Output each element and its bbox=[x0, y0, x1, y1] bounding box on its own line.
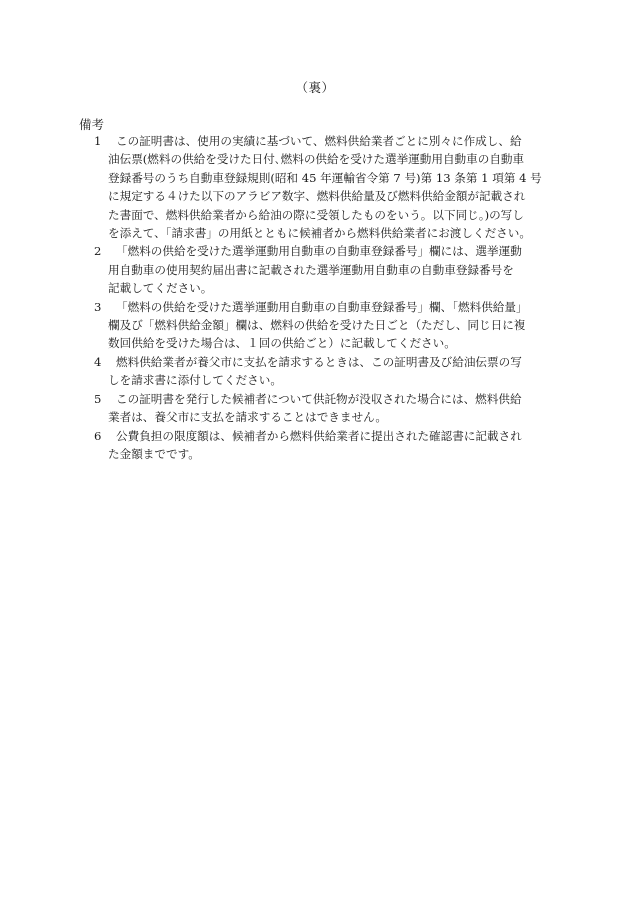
remark-text: 記載してください。 bbox=[102, 279, 556, 297]
remark-text: た書面で、燃料供給業者から給油の際に受領したものをいう。以下同じ。)の写し bbox=[102, 206, 556, 224]
remark-number: 5 bbox=[94, 390, 116, 408]
remark-item-2: 2「燃料の供給を受けた選挙運動用自動車の自動車登録番号」欄には、選挙運動 用自動… bbox=[94, 242, 556, 297]
remark-text: を添えて、「請求書」の用紙とともに候補者から燃料供給業者にお渡しください。 bbox=[102, 224, 556, 242]
remark-text: に規定する４けた以下のアラビア数字、燃料供給量及び燃料供給金額が記載され bbox=[102, 187, 556, 205]
remark-text: 登録番号のうち自動車登録規則(昭和 45 年運輸省令第 7 号)第 13 条第 … bbox=[102, 169, 556, 187]
remark-number: 3 bbox=[94, 298, 116, 316]
remark-text: 公費負担の限度額は、候補者から燃料供給業者に提出された確認書に記載され bbox=[116, 429, 522, 443]
remark-item-5: 5この証明書を発行した候補者について供託物が没収された場合には、燃料供給 業者は… bbox=[94, 390, 556, 427]
remarks-list: 1この証明書は、使用の実績に基づいて、燃料供給業者ごとに別々に作成し、給 油伝票… bbox=[94, 132, 556, 463]
remark-text: 燃料供給業者が養父市に支払を請求するときは、この証明書及び給油伝票の写 bbox=[116, 355, 522, 369]
remark-text: 油伝票(燃料の供給を受けた日付､燃料の供給を受けた選挙運動用自動車の自動車 bbox=[102, 150, 556, 168]
remark-number: 1 bbox=[94, 132, 116, 150]
remark-text: 業者は、養父市に支払を請求することはできません。 bbox=[102, 408, 556, 426]
remark-number: 6 bbox=[94, 427, 116, 445]
remark-item-1: 1この証明書は、使用の実績に基づいて、燃料供給業者ごとに別々に作成し、給 油伝票… bbox=[94, 132, 556, 242]
remark-item-4: 4燃料供給業者が養父市に支払を請求するときは、この証明書及び給油伝票の写 しを請… bbox=[94, 353, 556, 390]
remark-text: この証明書は、使用の実績に基づいて、燃料供給業者ごとに別々に作成し、給 bbox=[116, 134, 522, 148]
remark-item-3: 3「燃料の供給を受けた選挙運動用自動車の自動車登録番号」欄、「燃料供給量」 欄及… bbox=[94, 298, 556, 353]
remark-text: 欄及び「燃料供給金額」欄は、燃料の供給を受けた日ごと（ただし、同じ日に複 bbox=[102, 316, 556, 334]
remark-text: しを請求書に添付してください。 bbox=[102, 371, 556, 389]
remark-text: この証明書を発行した候補者について供託物が没収された場合には、燃料供給 bbox=[116, 392, 522, 406]
remark-item-6: 6公費負担の限度額は、候補者から燃料供給業者に提出された確認書に記載され た金額… bbox=[94, 427, 556, 464]
page-title: （裏） bbox=[0, 78, 630, 96]
remark-text: 数回供給を受けた場合は、１回の供給ごと）に記載してください。 bbox=[102, 334, 556, 352]
remark-text: 「燃料の供給を受けた選挙運動用自動車の自動車登録番号」欄、「燃料供給量」 bbox=[116, 300, 528, 314]
remark-text: た金額までです。 bbox=[102, 445, 556, 463]
document-page: （裏） 備考 1この証明書は、使用の実績に基づいて、燃料供給業者ごとに別々に作成… bbox=[0, 0, 630, 903]
remark-number: 2 bbox=[94, 242, 116, 260]
remark-number: 4 bbox=[94, 353, 116, 371]
remarks-heading: 備考 bbox=[79, 115, 104, 133]
remark-text: 用自動車の使用契約届出書に記載された選挙運動用自動車の自動車登録番号を bbox=[102, 261, 556, 279]
remark-text: 「燃料の供給を受けた選挙運動用自動車の自動車登録番号」欄には、選挙運動 bbox=[116, 244, 522, 258]
